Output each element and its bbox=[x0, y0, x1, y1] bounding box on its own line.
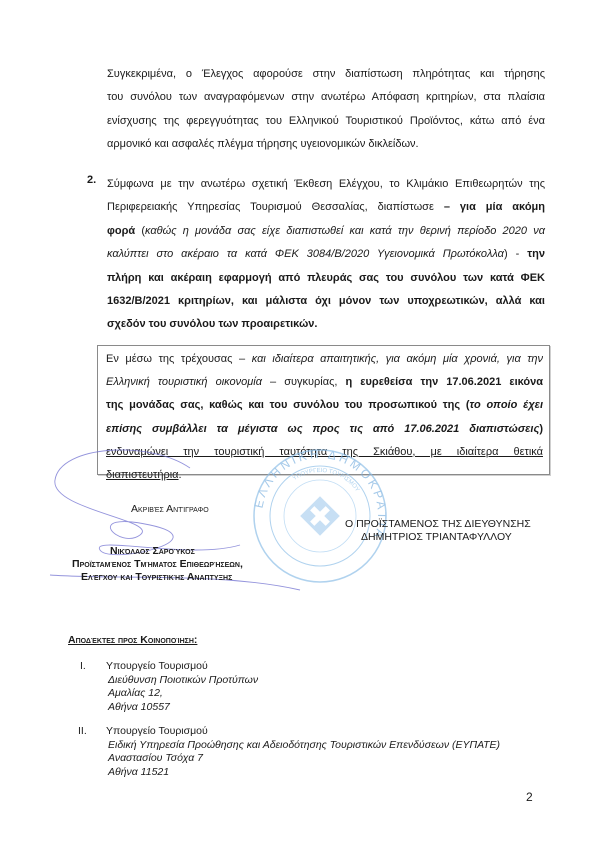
text-line: Σύμφωνα με την ανωτέρω σχετική Έκθεση Ελ… bbox=[107, 173, 545, 196]
item-2-paragraph: Σύμφωνα με την ανωτέρω σχετική Έκθεση Ελ… bbox=[107, 173, 545, 337]
text-line: 1632/Β/2021 κριτηρίων, και μάλιστα όχι μ… bbox=[107, 290, 545, 313]
signature-scribble-icon bbox=[40, 440, 340, 610]
text-line: της μονάδας σας, καθώς και του συνόλου τ… bbox=[106, 394, 543, 417]
recipient-line: Ειδική Υπηρεσία Προώθησης και Αδειοδότησ… bbox=[108, 739, 566, 753]
text-line: Ελληνική τουριστική οικονομία – συγκυρία… bbox=[106, 371, 543, 394]
text-line: πλήρη και ακέραιη εφαρμογή από πλευράς σ… bbox=[107, 267, 545, 290]
text-line: του συνόλου των αναγραφόμενων στην ανωτέ… bbox=[107, 86, 545, 109]
text-span: Περιφερειακής Υπηρεσίας Τουρισμού Θεσσαλ… bbox=[107, 201, 444, 213]
bold-span: – για μία ακόμη bbox=[444, 201, 545, 213]
signatory-name: Νικόλαος Σαρούκος bbox=[110, 545, 195, 557]
recipient-numeral: I. bbox=[80, 660, 86, 674]
text-span: Εν μέσω της τρέχουσας – bbox=[106, 353, 252, 365]
director-title: Ο ΠΡΟΪΣΤΑΜΕΝΟΣ ΤΗΣ ΔΙΕΥΘΥΝΣΗΣ bbox=[345, 518, 531, 530]
bold-italic-span: το οποίο έχει bbox=[470, 399, 544, 411]
bold-span: ) bbox=[539, 423, 543, 435]
text-line: φορά (καθώς η μονάδα σας είχε διαπιστωθε… bbox=[107, 220, 545, 243]
director-name: ΔΗΜΗΤΡΙΟΣ ΤΡΙΑΝΤΑΦΥΛΛΟΥ bbox=[361, 531, 512, 543]
bold-span: την bbox=[527, 248, 545, 260]
item-number: 2. bbox=[87, 174, 96, 186]
recipient-numeral: II. bbox=[78, 725, 87, 739]
recipient-line: Διεύθυνση Ποιοτικών Προτύπων bbox=[108, 674, 526, 688]
intro-paragraph: Συγκεκριμένα, ο Έλεγχος αφορούσε στην δι… bbox=[107, 63, 545, 157]
text-line: σχεδόν του συνόλου των προαιρετικών. bbox=[107, 313, 545, 336]
italic-span: καθώς η μονάδα σας είχε διαπιστωθεί και … bbox=[145, 225, 545, 237]
recipient-name: Υπουργείο Τουρισμού bbox=[106, 725, 566, 739]
bold-span: της μονάδας σας, καθώς και του συνόλου τ… bbox=[106, 399, 470, 411]
text-span: ) - bbox=[504, 248, 527, 260]
recipient-name: Υπουργείο Τουρισμού bbox=[106, 660, 526, 674]
text-span: – συγκυρίας, bbox=[262, 376, 346, 388]
text-line: Εν μέσω της τρέχουσας – και ιδιαίτερα απ… bbox=[106, 348, 543, 371]
bold-italic-span: επίσης συμβάλλει τα μέγιστα ως προς τις … bbox=[106, 423, 539, 435]
page-number: 2 bbox=[526, 790, 533, 804]
signatory-title-line-1: Προϊσταμένος Τμήματος Επιθεωρήσεων, bbox=[72, 558, 243, 570]
recipient-line: Αναστασίου Τσόχα 7 bbox=[108, 752, 566, 766]
recipient-line: Αμαλίας 12, bbox=[108, 687, 526, 701]
recipient-line: Αθήνα 11521 bbox=[108, 766, 566, 780]
bold-span: σχεδόν του συνόλου των προαιρετικών. bbox=[107, 318, 317, 330]
bold-span: 1632/Β/2021 κριτηρίων, και μάλιστα όχι μ… bbox=[107, 295, 545, 307]
italic-span: Ελληνική τουριστική οικονομία bbox=[106, 376, 262, 388]
bold-span: η ευρεθείσα την 17.06.2021 εικόνα bbox=[346, 376, 544, 388]
signatory-title-line-2: Ελέγχου και Τουριστικής Αναπτυξης bbox=[81, 571, 232, 583]
text-line: ενίσχυσης της φερεγγυότητας του Ελληνικο… bbox=[107, 110, 545, 133]
bold-span: φορά bbox=[107, 225, 135, 237]
text-line: αρμονικό και ασφαλές πλέγμα τήρησης υγει… bbox=[107, 133, 545, 156]
true-copy-label: Ακριβές Αντίγραφο bbox=[131, 503, 209, 515]
recipient-line: Αθήνα 10557 bbox=[108, 701, 526, 715]
italic-span: καλύπτει στο ακέραιο τα κατά ΦΕΚ 3084/Β/… bbox=[107, 248, 504, 260]
italic-span: και ιδιαίτερα απαιτητικής, για ακόμη μία… bbox=[252, 353, 543, 365]
text-line: επίσης συμβάλλει τα μέγιστα ως προς τις … bbox=[106, 418, 543, 441]
recipients-heading: Αποδέκτες προς Κοινοποίηση: bbox=[68, 634, 197, 646]
text-line: Συγκεκριμένα, ο Έλεγχος αφορούσε στην δι… bbox=[107, 63, 545, 86]
text-line: καλύπτει στο ακέραιο τα κατά ΦΕΚ 3084/Β/… bbox=[107, 243, 545, 266]
bold-span: πλήρη και ακέραιη εφαρμογή από πλευράς σ… bbox=[107, 272, 545, 284]
text-span: ( bbox=[135, 225, 145, 237]
text-line: Περιφερειακής Υπηρεσίας Τουρισμού Θεσσαλ… bbox=[107, 196, 545, 219]
